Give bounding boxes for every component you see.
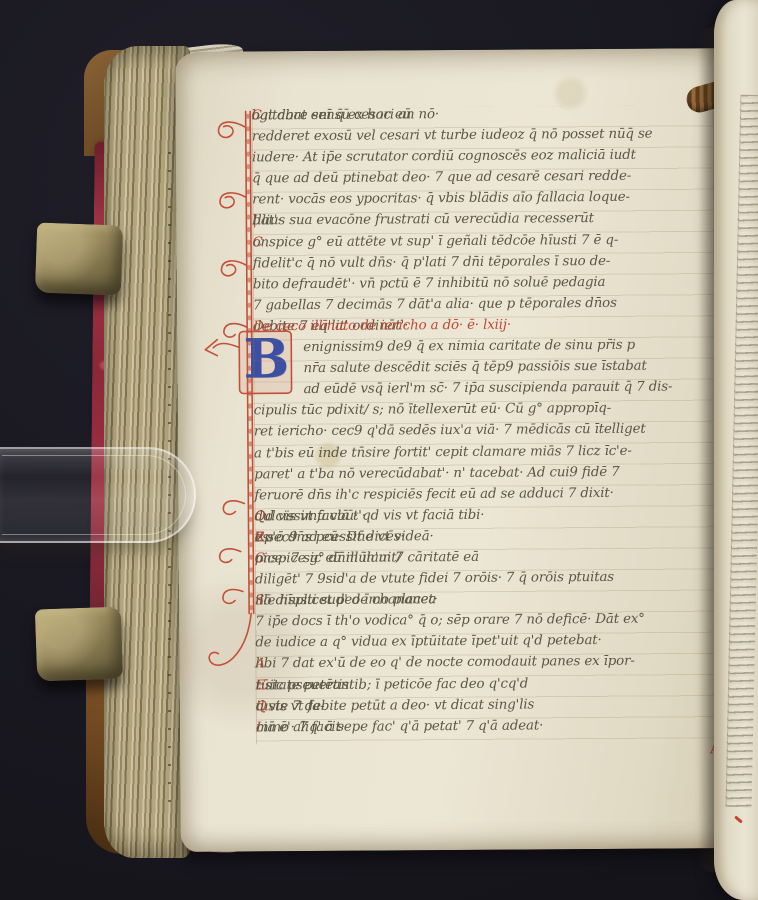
glass-page-weight — [0, 447, 196, 543]
manuscript-photograph: B bat dare sensū cesari an nō· Cogitabat… — [0, 0, 758, 900]
body-text: de iudice a q° vidua ex īptūitate īpet'u… — [255, 633, 601, 650]
facing-page-red-mark — [734, 815, 743, 823]
body-text: fidelit'c q̄ nō vult dn̄s· q̄ p'lati 7 d… — [253, 254, 611, 271]
glass-page-weight-highlight — [2, 455, 186, 535]
book: B bat dare sensū cesari an nō· Cogitabat… — [0, 0, 758, 900]
manuscript-line: ciā ē'· 7 facit· Immo aliq' ā sepe fac' … — [256, 717, 718, 741]
body-text: redderet exosū vel cesari vt turbe iudeo… — [252, 127, 653, 145]
body-text: 7 gabellas 7 decimās 7 dāt'a alia· que p… — [253, 296, 617, 314]
body-text: onspice g° dn̄m ih'm 7 cāritatē eā — [255, 550, 479, 567]
body-text: nr̄a salute descēdit sciēs q̄ tēp9 passi… — [303, 359, 646, 376]
body-text: onspice g° eū attēte vt sup' ī geñali tē… — [252, 232, 618, 250]
manuscript-text-block: bat dare sensū cesari an nō· Cogitabat e… — [252, 105, 718, 744]
body-text: a t'bis eū inde tn̄sire fortit' cepit cl… — [254, 443, 632, 461]
rubric-text: De ceco illīnato de iericho a dō· ē· lxi… — [253, 318, 511, 335]
body-text: iudere· At ip̄e scrutator cordiū cognosc… — [252, 148, 636, 166]
manuscript-page: B bat dare sensū cesari an nō· Cogitabat… — [175, 48, 739, 852]
body-text: ret iericho· cec9 q'dā sedēs iux'a viā· … — [254, 422, 646, 440]
body-text: paret' a t'ba nō verecūdabat'· n' taceba… — [254, 464, 619, 482]
clasp-strap-upper — [35, 223, 123, 296]
body-text: diligēt' 7 9sid'a de vtute fidei 7 orōis… — [255, 570, 614, 588]
body-text: cipulis tūc pdixit/ s; nō ītellexerūt eū… — [254, 401, 611, 418]
body-text: enignissim9 de9 q̄ ex nimia caritate de … — [303, 338, 635, 355]
body-text: es- — [255, 530, 274, 545]
body-text: t sic pseuerantib; ī peticōe fac deo q'c… — [256, 676, 529, 693]
clasp-strap-lower — [35, 607, 123, 682]
body-text: bito defraudēt'· vn̄ pctū ē 7 inhibitū n… — [253, 275, 606, 292]
body-text: rent· vocās eos ypocritas· q̄ vbis blādi… — [252, 190, 630, 208]
body-text: ad eūdē vsq̄ ierl'm sc̄· 7 ip̄a suscipie… — [304, 380, 673, 398]
body-text: feruorē dn̄s ih'c respiciēs fecit eū ad … — [254, 486, 614, 504]
body-text: libi 7 dat ex'ū de eo q' de nocte comoda… — [255, 654, 634, 672]
facing-page-edge — [714, 0, 758, 900]
body-text: t p'ō dn̄s pcessit dicēs· — [255, 529, 405, 545]
body-text: mmo aliq' ā sepe fac' q'ā petat' 7 q'ā a… — [256, 718, 543, 735]
facing-page-text-strip — [726, 95, 758, 807]
body-text: Illius sua evacōne frustrati cū verecūdi… — [252, 212, 594, 229]
body-text: 7 ip̄e docs ī th'o vodica° q̄ o; sēp ora… — [255, 612, 645, 630]
body-text: q̄ que ad deū ptinebat deo· 7 que ad ces… — [252, 169, 631, 187]
body-text: ogitabat enī q̄ ex hoc eū — [252, 107, 412, 123]
body-text: dulcissimū vbū· qd vis vt faciā tibi· — [254, 508, 484, 525]
body-text: ille hīusti sup' de chananea — [255, 592, 436, 608]
body-text: d vis vt fa- — [256, 699, 325, 714]
